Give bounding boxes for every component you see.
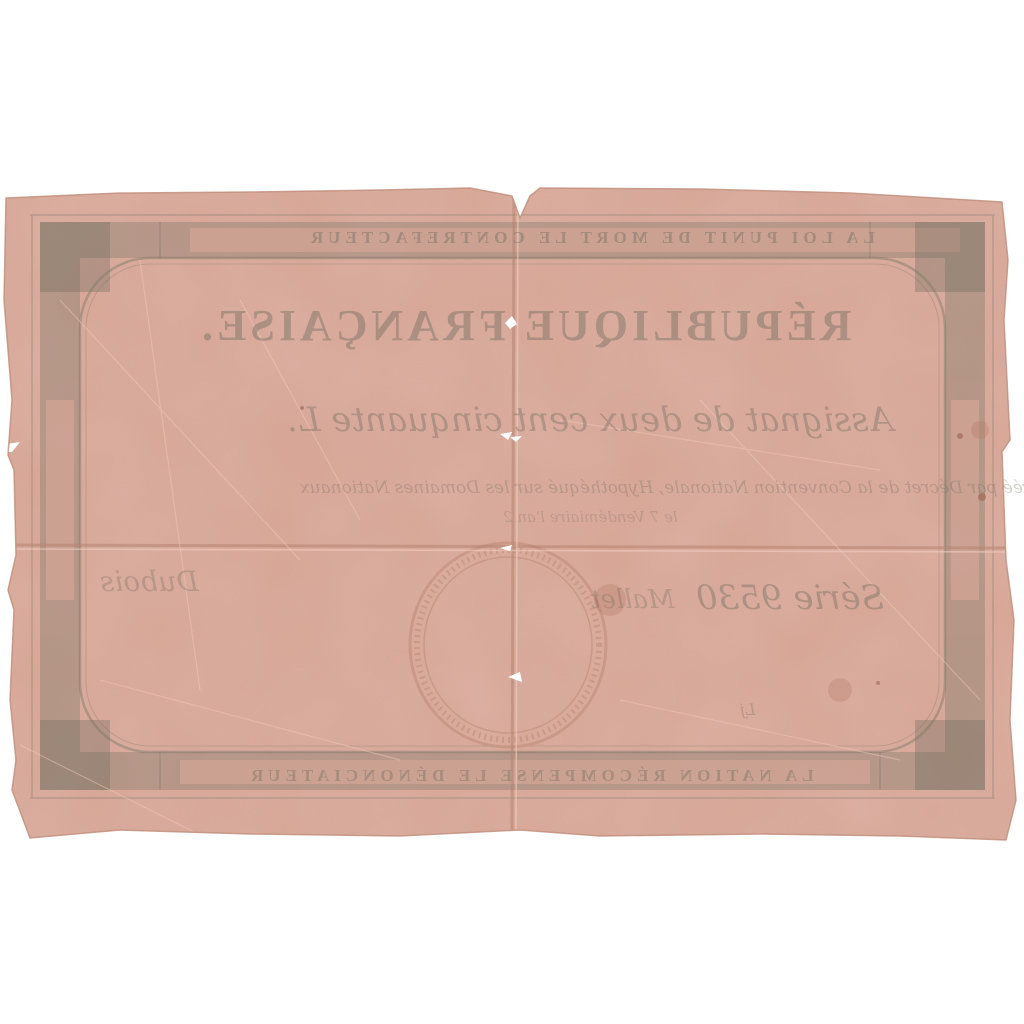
note-title: RÉPUBLIQUE FRANÇAISE. [110, 300, 940, 351]
signature-right: Mallet [590, 585, 710, 615]
border-inscription-bottom: LA NATION RÉCOMPENSE LE DÉNONCIATEUR [200, 766, 860, 786]
decree-date: le 7 Vendémiaire l'an 2 [440, 508, 740, 526]
denomination-line: Assignat de deux cent cinquante L. [230, 400, 950, 440]
signature-left: Dubois [100, 565, 300, 598]
border-inscription-top: LA LOI PUNIT DE MORT LE CONTREFACTEUR [210, 228, 970, 248]
decree-line: Créé par Décret de la Convention Nationa… [300, 478, 950, 498]
small-mark: Lj [740, 700, 860, 719]
banknote-photo: LA LOI PUNIT DE MORT LE CONTREFACTEUR RÉ… [0, 0, 1024, 1024]
